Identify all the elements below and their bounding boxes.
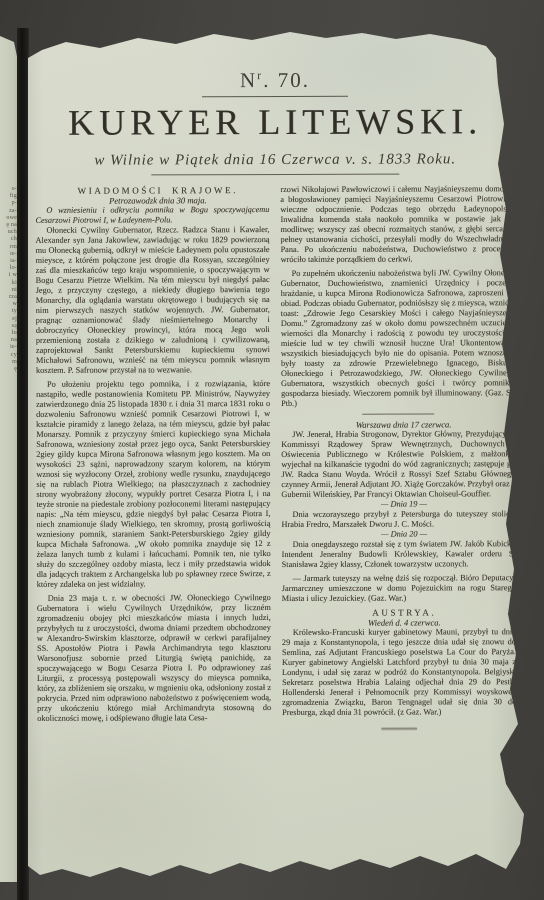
- issue-rule: [202, 96, 348, 98]
- paragraph: Po ułożeniu projektu tego pomnika, i z r…: [36, 379, 271, 590]
- newspaper-page: Nr. 70. KURYER LITEWSKI. w Wilnie w Piąt…: [28, 24, 524, 882]
- newspaper-title: KURYER LITEWSKI.: [27, 100, 523, 144]
- masthead-dateline: w Wilnie w Piątek dnia 16 Czerwca v. s. …: [27, 151, 523, 170]
- columns: WIADOMOŚCI KRAJOWE. Petrozawodzk dnia 30…: [27, 174, 525, 731]
- issue-number: Nr. 70.: [27, 67, 523, 94]
- paragraph: Dnia wczorayszego przybył z Petersburga …: [281, 509, 515, 530]
- paragraph: Królewsko-Francuski kuryer gabinetowy Ma…: [282, 627, 516, 718]
- column-right: rzowi Nikołajowi Pawłowiczowi i całemu N…: [280, 184, 516, 730]
- section-heading-wiadomosci-krajowe: WIADOMOŚCI KRAJOWE.: [35, 185, 269, 196]
- section-rule: [362, 413, 434, 414]
- paragraph: JW. Jenerał, Hrabia Strogonow, Dyrektor …: [281, 429, 515, 500]
- paragraph: Dnia onegdayszego rozstał się z tym świa…: [282, 539, 516, 570]
- column-left: WIADOMOŚCI KRAJOWE. Petrozawodzk dnia 30…: [35, 185, 271, 731]
- article-lead: O wzniesieniu i odkryciu pomnika w Bogu …: [35, 205, 269, 226]
- paragraph: rzowi Nikołajowi Pawłowiczowi i całemu N…: [280, 184, 514, 265]
- paragraph: Dnia 23 maja t. r. w obecności JW. Ołone…: [37, 593, 271, 724]
- paragraph: — Jarmark tuteyszy na wełnę dziś się roz…: [282, 573, 516, 604]
- paragraph: Ołonecki Cywilny Gubernator, Rzecz. Radz…: [35, 225, 270, 376]
- page-gutter-shadow: [17, 28, 29, 900]
- end-ornament: [381, 728, 417, 730]
- page-content: Nr. 70. KURYER LITEWSKI. w Wilnie w Piąt…: [27, 23, 525, 731]
- paragraph: Po zupełném ukończeniu nabożeństwa byli …: [281, 268, 515, 409]
- masthead: Nr. 70. KURYER LITEWSKI. w Wilnie w Piąt…: [27, 67, 523, 176]
- scanned-newspaper-view: o- fig p- za- owe ę na uch ch rm ie- ia-…: [0, 0, 544, 900]
- issue-digits: . 70.: [263, 68, 310, 92]
- issue-prefix: N: [240, 68, 257, 92]
